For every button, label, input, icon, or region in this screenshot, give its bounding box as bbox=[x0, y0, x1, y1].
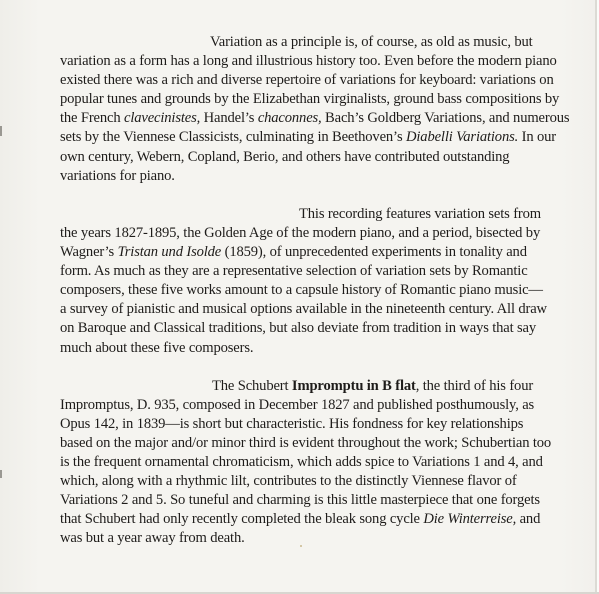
text-line: based on the major and/or minor third is… bbox=[60, 434, 540, 453]
text-run: own century, Webern, Copland, Berio, and… bbox=[60, 149, 509, 165]
text-run: a survey of pianistic and musical option… bbox=[60, 301, 547, 317]
text-run: variations for piano. bbox=[60, 168, 175, 184]
text-line: on Baroque and Classical traditions, but… bbox=[60, 319, 540, 338]
text-line: a survey of pianistic and musical option… bbox=[60, 300, 540, 319]
text-run: Variations 2 and 5. So tuneful and charm… bbox=[60, 492, 540, 508]
text-line: variations for piano. bbox=[60, 167, 540, 186]
text-line: The Schubert Impromptu in B flat, the th… bbox=[60, 377, 540, 396]
text-run: (1859), of unprecedented experiments in … bbox=[221, 244, 527, 260]
text-line: was but a year away from death. bbox=[60, 529, 540, 548]
paragraph-schubert-impromptu: The Schubert Impromptu in B flat, the th… bbox=[60, 377, 540, 549]
text-run: on Baroque and Classical traditions, but… bbox=[60, 320, 536, 336]
text-line: Variation as a principle is, of course, … bbox=[60, 33, 540, 52]
italic-title: Diabelli Variations. bbox=[406, 129, 518, 145]
text-run: This recording features variation sets f… bbox=[299, 206, 541, 222]
text-run: sets by the Viennese Classicists, culmin… bbox=[60, 129, 406, 145]
text-run: Wagner’s bbox=[60, 244, 118, 260]
paragraph-recording-overview: This recording features variation sets f… bbox=[60, 205, 540, 358]
text-run: the years 1827-1895, the Golden Age of t… bbox=[60, 225, 540, 241]
text-run: composers, these five works amount to a … bbox=[60, 282, 543, 298]
text-run: based on the major and/or minor third is… bbox=[60, 435, 551, 451]
text-line: This recording features variation sets f… bbox=[60, 205, 540, 224]
text-run: Bach’s Goldberg Variations, and numerous bbox=[322, 110, 570, 126]
text-run: Opus 142, in 1839—is short but character… bbox=[60, 416, 523, 432]
text-run: existed there was a rich and diverse rep… bbox=[60, 72, 554, 88]
text-run: Impromptus, D. 935, composed in December… bbox=[60, 397, 534, 413]
text-line: that Schubert had only recently complete… bbox=[60, 510, 540, 529]
text-line: popular tunes and grounds by the Elizabe… bbox=[60, 90, 540, 109]
bold-work-title: Impromptu in B flat bbox=[292, 378, 416, 394]
paragraph-variation-history: Variation as a principle is, of course, … bbox=[60, 33, 540, 186]
text-run: Variation as a principle is, of course, … bbox=[210, 34, 533, 50]
text-line: is the frequent ornamental chromaticism,… bbox=[60, 453, 540, 472]
text-run: The Schubert bbox=[212, 378, 292, 394]
text-run: popular tunes and grounds by the Elizabe… bbox=[60, 91, 559, 107]
text-run: form. As much as they are a representati… bbox=[60, 263, 528, 279]
text-line: composers, these five works amount to a … bbox=[60, 281, 540, 300]
text-line: own century, Webern, Copland, Berio, and… bbox=[60, 148, 540, 167]
italic-title: Tristan und Isolde bbox=[118, 244, 222, 260]
text-line: which, along with a rhythmic lilt, contr… bbox=[60, 472, 540, 491]
text-run: which, along with a rhythmic lilt, contr… bbox=[60, 473, 517, 489]
text-line: variation as a form has a long and illus… bbox=[60, 52, 540, 71]
text-run: is the frequent ornamental chromaticism,… bbox=[60, 454, 543, 470]
scanned-booklet-page: Variation as a principle is, of course, … bbox=[0, 0, 599, 594]
text-line: much about these five composers. bbox=[60, 339, 540, 358]
text-run: In our bbox=[518, 129, 556, 145]
text-run: was but a year away from death. bbox=[60, 530, 245, 546]
text-line: sets by the Viennese Classicists, culmin… bbox=[60, 128, 540, 147]
text-run: that Schubert had only recently complete… bbox=[60, 511, 423, 527]
text-run: and bbox=[516, 511, 540, 527]
text-run: Handel’s bbox=[200, 110, 258, 126]
text-line: form. As much as they are a representati… bbox=[60, 262, 540, 281]
liner-notes-text: Variation as a principle is, of course, … bbox=[60, 33, 540, 568]
text-run: variation as a form has a long and illus… bbox=[60, 53, 557, 69]
text-line: existed there was a rich and diverse rep… bbox=[60, 71, 540, 90]
text-line: Impromptus, D. 935, composed in December… bbox=[60, 396, 540, 415]
text-line: the years 1827-1895, the Golden Age of t… bbox=[60, 224, 540, 243]
italic-title: Die Winterreise, bbox=[423, 511, 516, 527]
italic-title: clavecinistes, bbox=[124, 110, 200, 126]
scan-margin-mark bbox=[0, 126, 2, 136]
text-run: the French bbox=[60, 110, 124, 126]
text-run: , the third of his four bbox=[416, 378, 533, 394]
text-run: much about these five composers. bbox=[60, 340, 253, 356]
scan-margin-mark bbox=[0, 470, 2, 478]
italic-title: chaconnes, bbox=[258, 110, 322, 126]
text-line: Opus 142, in 1839—is short but character… bbox=[60, 415, 540, 434]
text-line: the French clavecinistes, Handel’s chaco… bbox=[60, 109, 540, 128]
text-line: Variations 2 and 5. So tuneful and charm… bbox=[60, 491, 540, 510]
text-line: Wagner’s Tristan und Isolde (1859), of u… bbox=[60, 243, 540, 262]
